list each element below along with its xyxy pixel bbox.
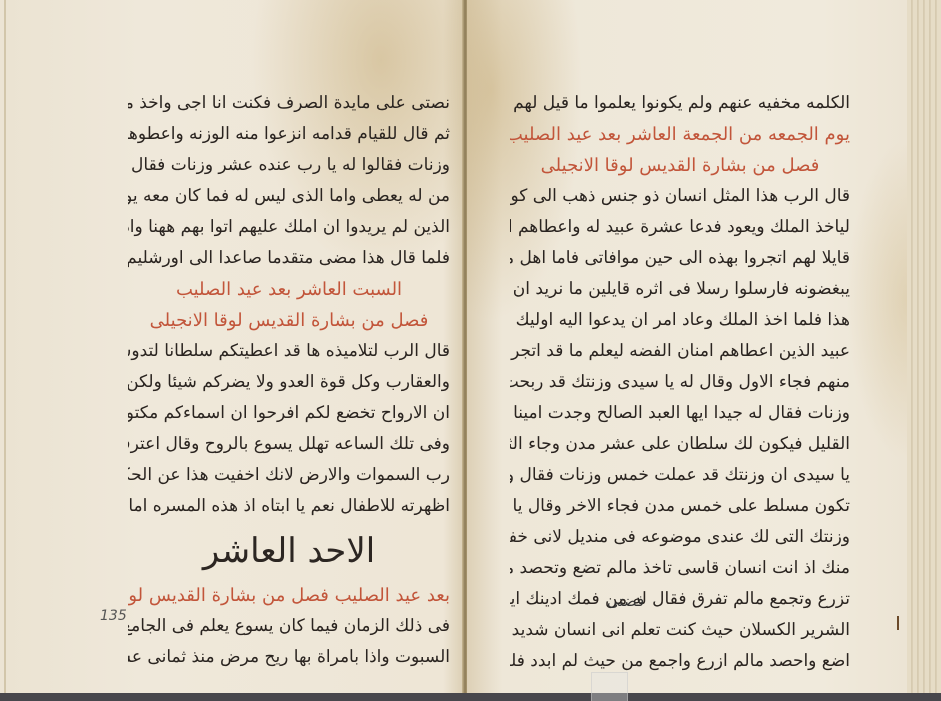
folio-number: 135	[100, 608, 127, 624]
text-line: يا سيدى ان وزنتك قد عملت خمس وزنات فقال …	[510, 460, 850, 491]
text-line: السبوت واذا بامراة بها ريح مرض منذ ثمانى…	[128, 642, 450, 673]
text-line: منهم فجاء الاول وقال له يا سيدى وزنتك قد…	[510, 367, 850, 398]
text-line: وزنتك التى لك عندى موضوعه فى منديل لانى …	[510, 522, 850, 553]
text-line: ثم قال للقيام قدامه انزعوا منه الوزنه وا…	[128, 119, 450, 150]
text-line: الشرير الكسلان حيث كنت تعلم انى انسان شد…	[510, 615, 850, 646]
text-line: الذين لم يريدوا ان املك عليهم اتوا بهم ه…	[128, 212, 450, 243]
text-line: نصتى على مايدة الصرف فكنت انا اجى واخذ م…	[128, 88, 450, 119]
left-page-text: نصتى على مايدة الصرف فكنت انا اجى واخذ م…	[128, 88, 450, 673]
background-surface	[0, 693, 941, 701]
text-line: رب السموات والارض لانك اخفيت هذا عن الحك…	[128, 460, 450, 491]
text-line: فى ذلك الزمان فيما كان يسوع يعلم فى الجا…	[128, 611, 450, 642]
text-line: تكون مسلط على خمس مدن فجاء الاخر وقال يا…	[510, 491, 850, 522]
rubric-heading: السبت العاشر بعد عيد الصليب	[128, 274, 450, 305]
text-line: قايلا لهم اتجروا بهذه الى حين موافاتى فا…	[510, 243, 850, 274]
text-line: والعقارب وكل قوة العدو ولا يضركم شيئا ول…	[128, 367, 450, 398]
text-line: قال الرب هذا المثل انسان ذو جنس ذهب الى …	[510, 181, 850, 212]
text-line: يبغضونه فارسلوا رسلا فى اثره قايلين ما ن…	[510, 274, 850, 305]
catchword: فضتى	[607, 592, 644, 610]
text-line: اظهرته للاطفال نعم يا ابتاه اذ هذه المسر…	[128, 491, 450, 522]
text-line: القليل فيكون لك سلطان على عشر مدن وجاء ا…	[510, 429, 850, 460]
rubric-heading: يوم الجمعه من الجمعة العاشر بعد عيد الصل…	[510, 119, 850, 150]
text-line: عبيد الذين اعطاهم امنان الفضه ليعلم ما ق…	[510, 336, 850, 367]
margin-mark	[897, 616, 899, 630]
text-line: من له يعطى واما الذى ليس له فما كان معه …	[128, 181, 450, 212]
text-line: وزنات فقالوا له يا رب عنده عشر وزنات فقا…	[128, 150, 450, 181]
text-line: وزنات فقال له جيدا ايها العبد الصالح وجد…	[510, 398, 850, 429]
rubric-heading: بعد عيد الصليب فصل من بشارة القديس لوقا …	[128, 580, 450, 611]
text-line: لياخذ الملك ويعود فدعا عشرة عبيد له واعط…	[510, 212, 850, 243]
rubric-heading: فصل من بشارة القديس لوقا الانجيلى	[510, 150, 850, 181]
text-line: ان الارواح تخضع لكم افرحوا ان اسماءكم مك…	[128, 398, 450, 429]
rubric-heading: فصل من بشارة القديس لوقا الانجيلى	[128, 305, 450, 336]
right-page-text: الكلمه مخفيه عنهم ولم يكونوا يعلموا ما ق…	[510, 88, 850, 677]
text-line: هذا فلما اخذ الملك وعاد امر ان يدعوا الي…	[510, 305, 850, 336]
text-line: قال الرب لتلاميذه ها قد اعطيتكم سلطانا ل…	[128, 336, 450, 367]
page-tab-strip	[591, 672, 628, 701]
text-line: الكلمه مخفيه عنهم ولم يكونوا يعلموا ما ق…	[510, 88, 850, 119]
open-manuscript: نصتى على مايدة الصرف فكنت انا اجى واخذ م…	[0, 0, 941, 693]
text-line: تزرع وتجمع مالم تفرق فقال له من فمك ادين…	[510, 584, 850, 615]
text-line: وفى تلك الساعه تهلل يسوع بالروح وقال اعت…	[128, 429, 450, 460]
text-line: منك اذ انت انسان قاسى تاخذ مالم تضع وتحص…	[510, 553, 850, 584]
text-line: اضع واحصد مالم ازرع واجمع من حيث لم ابدد…	[510, 646, 850, 677]
text-line: فلما قال هذا مضى متقدما صاعدا الى اورشلي…	[128, 243, 450, 274]
page-edges	[907, 0, 941, 693]
large-section-heading: الاحد العاشر	[128, 522, 450, 580]
